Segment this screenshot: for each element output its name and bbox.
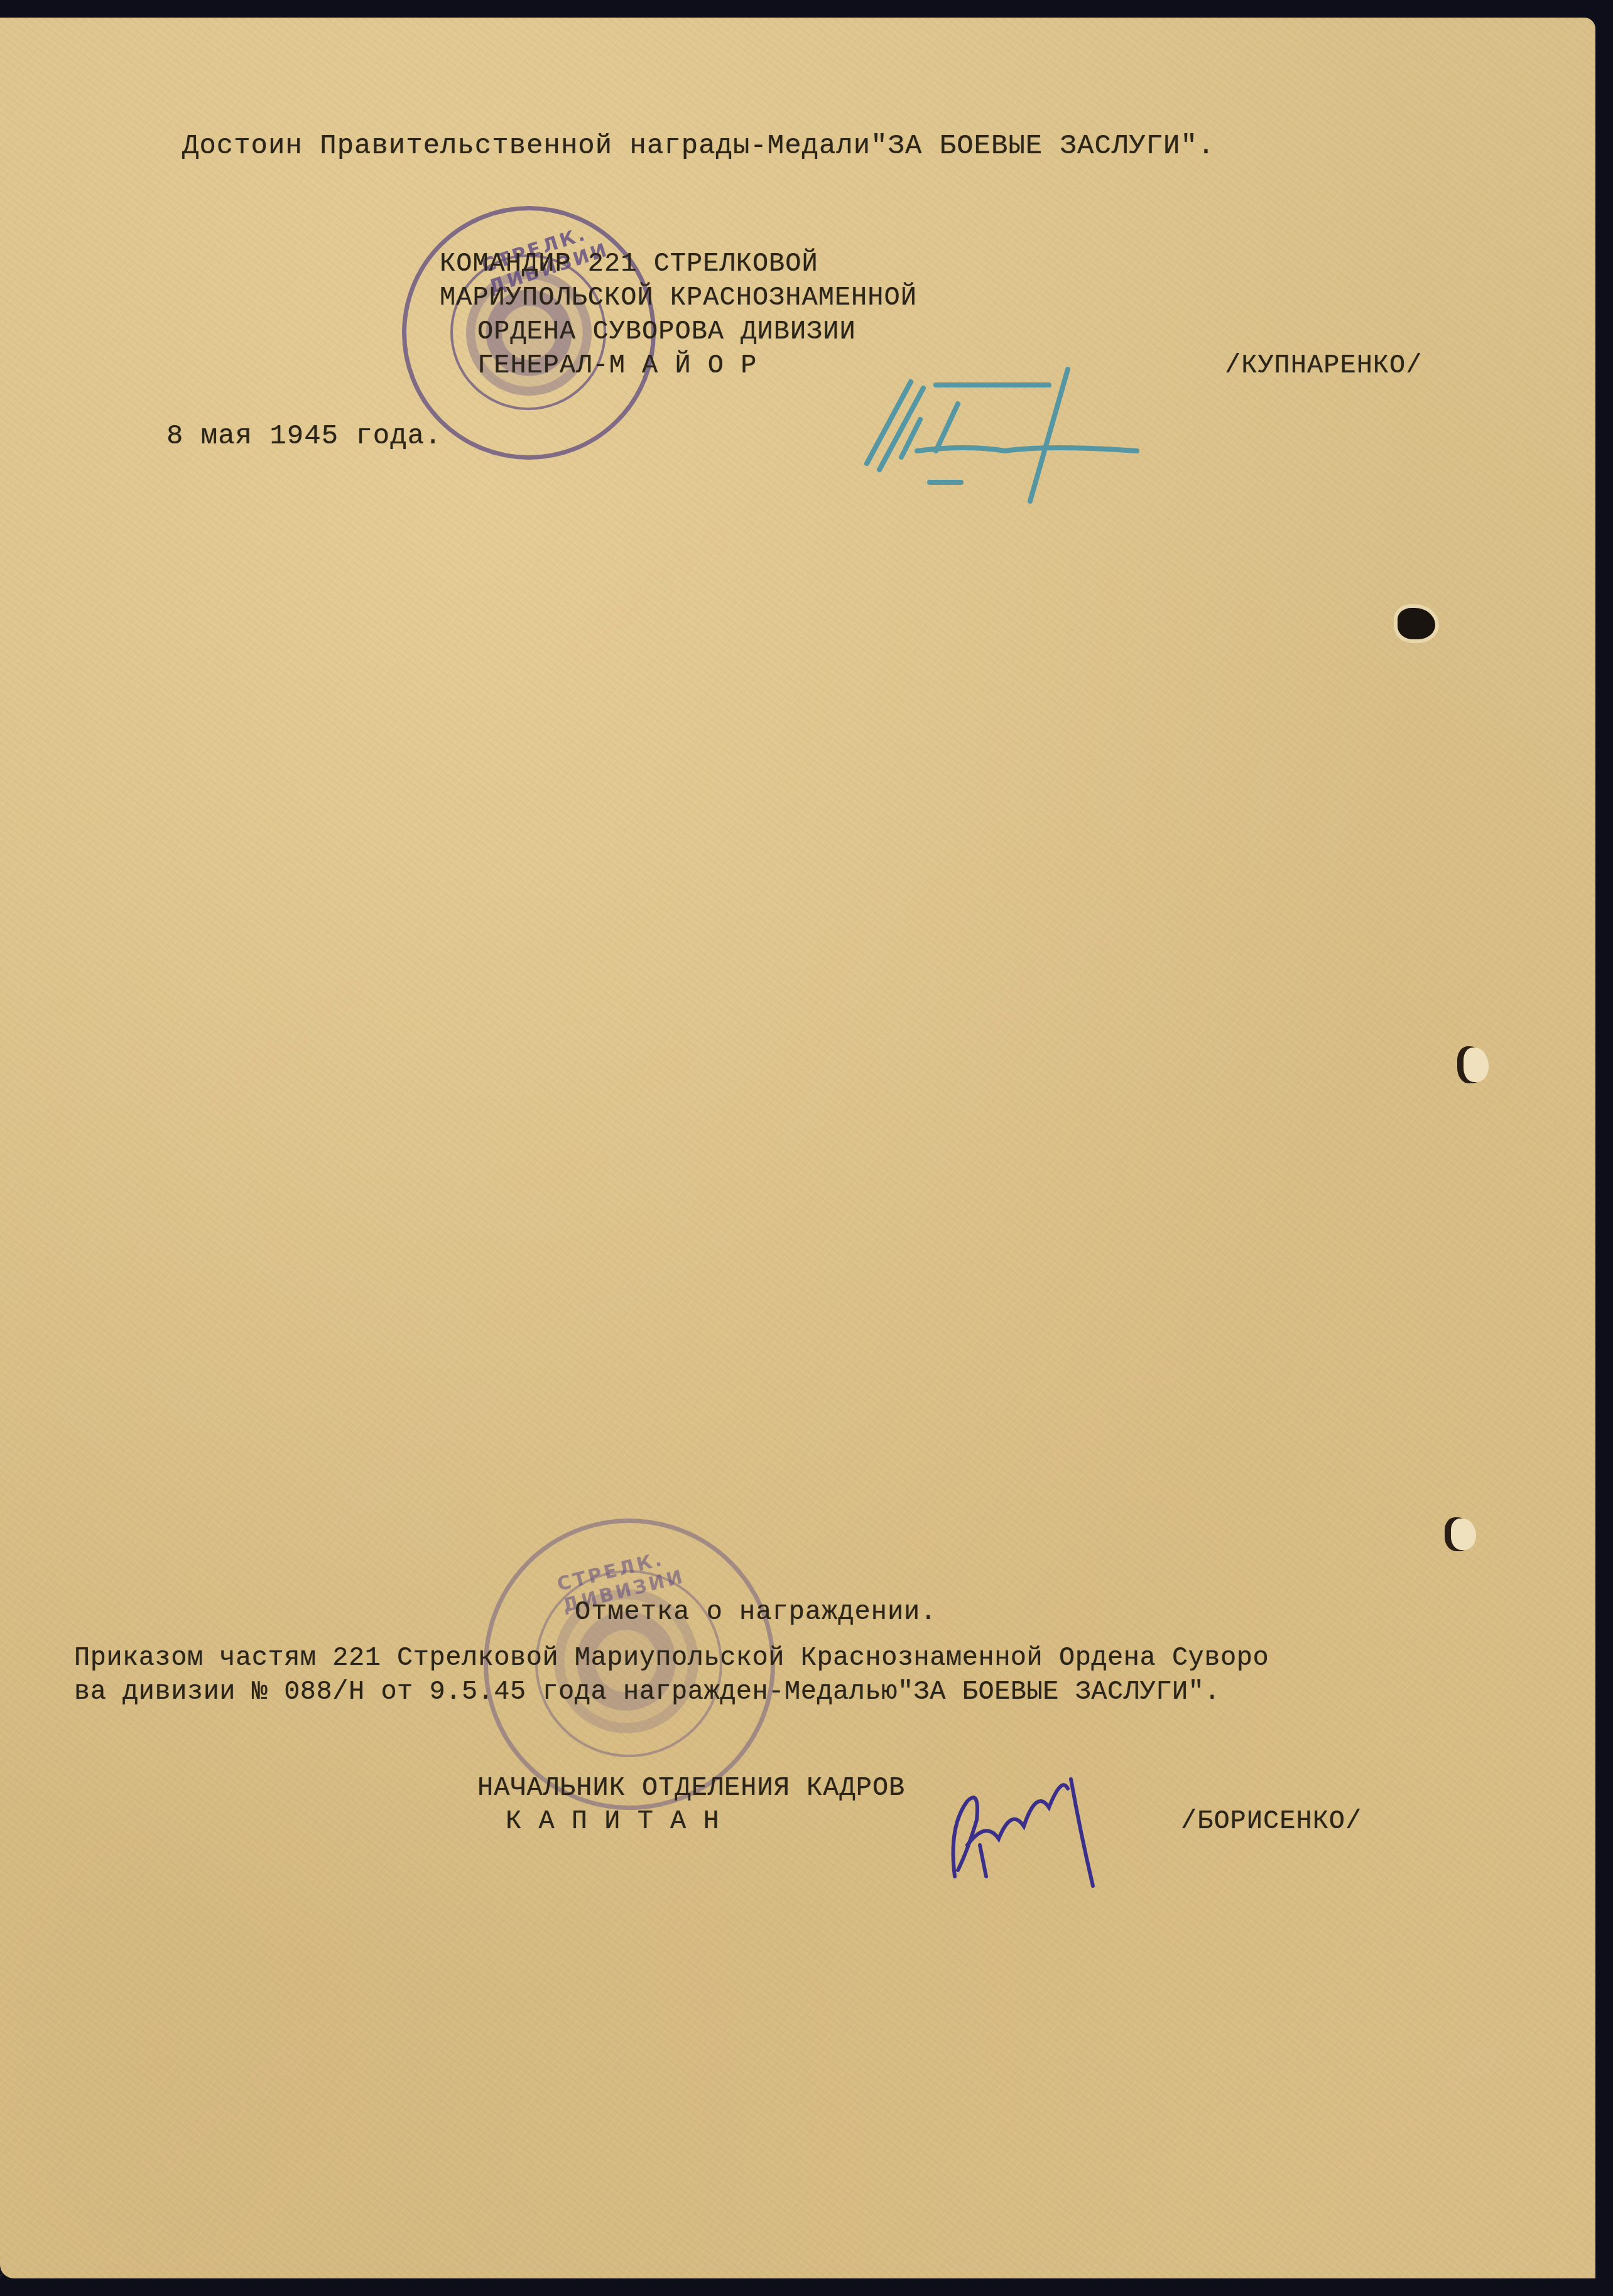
award-order-line2: ва дивизии № 088/Н от 9.5.45 года награж… [74, 1677, 1220, 1707]
document-page: ЦАМО.РФ ЦАМО.РФ ЦАМО.РФ ЦАМО.РФ ЦАМО.РФ … [0, 18, 1595, 2278]
watermark: ЦАМО.РФ [195, 967, 378, 1124]
commander-title-line3: ОРДЕНА СУВОРОВА ДИВИЗИИ [477, 317, 856, 347]
commander-title-line1: КОМАНДИР 221 СТРЕЛКОВОЙ [440, 249, 818, 279]
kadrov-signature [942, 1751, 1193, 1895]
watermark: ЦАМО.РФ [1011, 1343, 1195, 1501]
watermark: ЦАМО.РФ [1325, 2034, 1509, 2192]
commander-signature [842, 357, 1281, 495]
paper-hole [1464, 1048, 1489, 1082]
paper-hole [1398, 608, 1435, 639]
award-order-line1: Приказом частям 221 Стрелковой Мариуполь… [74, 1643, 1269, 1673]
watermark: ЦАМО.РФ [559, 514, 742, 672]
award-recommendation: Достоин Правительственной награды-Медали… [182, 131, 1215, 162]
kadrov-name: /БОРИСЕНКО/ [1181, 1806, 1362, 1836]
kadrov-position: НАЧАЛЬНИК ОТДЕЛЕНИЯ КАДРОВ [477, 1773, 905, 1803]
paper-hole [1451, 1519, 1476, 1550]
watermark: ЦАМО.РФ [320, 1375, 504, 1532]
document-date: 8 мая 1945 года. [166, 421, 442, 452]
commander-title-line2: МАРИУПОЛЬСКОЙ КРАСНОЗНАМЕННОЙ [440, 283, 917, 313]
commander-rank: ГЕНЕРАЛ-М А Й О Р [477, 350, 757, 381]
award-mark-title: Отметка о награждении. [575, 1597, 937, 1627]
watermark: ЦАМО.РФ [948, 904, 1132, 1061]
watermark: ЦАМО.РФ [132, 2034, 315, 2192]
kadrov-rank: К А П И Т А Н [506, 1806, 720, 1836]
